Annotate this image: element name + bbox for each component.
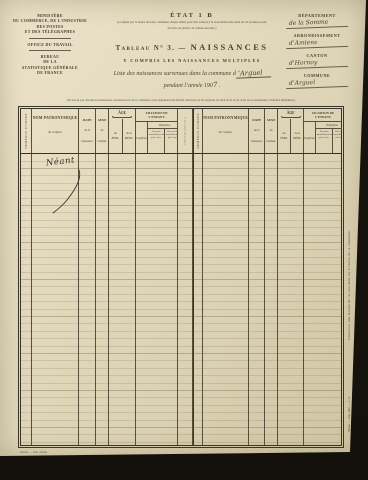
- col-sexe: SEXE de l'enfant.: [96, 109, 109, 153]
- body-col: [178, 154, 193, 445]
- filiation-subcolumns: Légitime. Illégitime. Reconnu immédiatem…: [136, 122, 177, 153]
- age-pere-line2: PÈRE.: [278, 137, 290, 140]
- office-line: OFFICE DU TRAVAIL: [12, 42, 88, 47]
- col-age-mere: de la MÈRE.: [123, 119, 136, 154]
- col-numeros-ordre-label: NUMÉROS D'ORDRE: [24, 113, 28, 149]
- col-age-pere: du PÈRE.: [278, 119, 291, 154]
- col-illegitime-label: Illégitime.: [148, 122, 178, 129]
- col-age-group: ÂGE du PÈRE. de la MÈRE.: [278, 109, 304, 153]
- table-body-left-half: [21, 154, 193, 445]
- col-non-reconnu: Non reconnu immédiatement par le père.: [333, 129, 342, 153]
- filing-note-line2: du mois de janvier de l'année suivante.): [89, 27, 295, 31]
- body-col: [96, 154, 109, 445]
- table-body: Néant: [21, 154, 341, 445]
- col-age-pere: du PÈRE.: [109, 119, 123, 154]
- col-numeros-ordre-label: NUMÉROS D'ORDRE: [196, 113, 200, 149]
- arrondissement-item: ARRONDISSEMENT d’Amiens: [286, 33, 348, 48]
- ministry-line: ET DES TÉLÉGRAPHES: [12, 29, 88, 34]
- col-filiation-label: FILIATION DE L'ENFANT.: [136, 109, 177, 122]
- period: .: [219, 83, 221, 89]
- col-date-naissance: DATE de la naissance: [249, 109, 265, 153]
- table-header-right-half: NUMÉROS D'ORDRE NOM PATRONYMIQUE de l'en…: [193, 109, 342, 153]
- col-non-reconnu: Non reconnu immédiatement par le père.: [165, 129, 178, 153]
- col-observations: OBSERVATIONS: [178, 109, 193, 153]
- age-subcolumns: du PÈRE. de la MÈRE.: [109, 119, 135, 154]
- divider: [29, 50, 71, 51]
- illegitime-subcolumns: Reconnu immédiatement par le père. Non r…: [316, 129, 342, 153]
- col-sexe-line3: l'enfant.: [266, 140, 276, 143]
- canton-value-handwritten: d’Hornoy: [286, 58, 348, 69]
- col-legitime: Légitime.: [304, 122, 316, 153]
- age-pere-line1: du: [278, 132, 290, 135]
- col-nom-patronymique: NOM PATRONYMIQUE de l'enfant.: [203, 109, 249, 153]
- body-col: [304, 154, 342, 445]
- masthead-right: DÉPARTEMENT de la Somme ARRONDISSEMENT d…: [286, 13, 348, 93]
- body-col: [109, 154, 136, 445]
- filiation-subcolumns: Légitime. Illégitime. Reconnu immédiatem…: [304, 122, 342, 153]
- col-filiation-group: FILIATION DE L'ENFANT. Légitime. Illégit…: [304, 109, 342, 153]
- col-filiation-label: FILIATION DE L'ENFANT.: [304, 109, 342, 122]
- year-handwritten: 7: [213, 81, 218, 89]
- title-main: NAISSANCES: [191, 42, 269, 52]
- arrondissement-value-handwritten: d’Amiens: [286, 38, 348, 49]
- body-col: [136, 154, 178, 445]
- masthead-left: MINISTÈRE DU COMMERCE, DE L'INDUSTRIE DE…: [12, 13, 88, 76]
- body-col: [79, 154, 96, 445]
- col-date-line2: de la: [254, 129, 260, 132]
- body-col: [21, 154, 32, 445]
- body-col: [265, 154, 278, 445]
- edge-printer-imprint: Melun. — Imp. adm. — 1-11.: [347, 352, 351, 432]
- col-nom-line2: de l'enfant.: [219, 130, 233, 134]
- col-sexe-line2: de: [101, 129, 104, 132]
- commune-handwritten: ’Arguel: [236, 68, 271, 78]
- col-filiation-group: FILIATION DE L'ENFANT. Légitime. Illégit…: [136, 109, 178, 153]
- masthead-center: ÉTAT 1 B (à remplir par le maire de tout…: [89, 12, 295, 89]
- pendant-printed: pendant l’année 190: [164, 83, 213, 89]
- edge-archive-note: Conserver une minute de cet état dans le…: [347, 150, 351, 340]
- col-illegitime-group: Illégitime. Reconnu immédiatement par le…: [148, 122, 178, 153]
- age-mere-line2: MÈRE.: [291, 137, 303, 140]
- col-legitime: Légitime.: [136, 122, 148, 153]
- age-subcolumns: du PÈRE. de la MÈRE.: [278, 119, 303, 154]
- col-age-label: ÂGE: [287, 109, 295, 115]
- col-illegitime-label: Illégitime.: [316, 122, 342, 129]
- births-table: NUMÉROS D'ORDRE NOM PATRONYMIQUE de l'en…: [18, 106, 344, 448]
- table-inner-border: NUMÉROS D'ORDRE NOM PATRONYMIQUE de l'en…: [20, 108, 342, 446]
- col-nom-patronymique: NOM PATRONYMIQUE de l'enfant.: [32, 109, 79, 153]
- liste-line: Liste des naissances survenues dans la c…: [89, 69, 295, 78]
- col-age-group: ÂGE du PÈRE. de la MÈRE.: [109, 109, 136, 153]
- col-numeros-ordre: NUMÉROS D'ORDRE: [194, 109, 203, 153]
- body-col: [32, 154, 79, 445]
- col-date-line3: naissance: [251, 140, 263, 143]
- etat-label: ÉTAT 1 B: [89, 12, 295, 19]
- col-nom-line1: NOM PATRONYMIQUE: [203, 116, 248, 120]
- table-header-left-half: NUMÉROS D'ORDRE NOM PATRONYMIQUE de l'en…: [21, 109, 193, 153]
- col-sexe-line2: de: [270, 129, 273, 132]
- page-subtitle: Y COMPRIS LES NAISSANCES MULTIPLES: [89, 58, 295, 63]
- col-sexe-line1: SEXE: [98, 119, 107, 122]
- col-sexe: SEXE de l'enfant.: [265, 109, 278, 153]
- liste-printed: Liste des naissances survenues dans la c…: [114, 71, 236, 77]
- scan-backdrop: MINISTÈRE DU COMMERCE, DE L'INDUSTRIE DE…: [0, 0, 368, 480]
- age-mere-line1: de la: [291, 132, 303, 135]
- bureau-line: DE FRANCE: [12, 70, 88, 75]
- body-col: [194, 154, 203, 445]
- commune-value-handwritten: d’Arguel: [286, 78, 348, 89]
- divider: [29, 38, 71, 39]
- age-mere-line2: MÈRE.: [123, 137, 136, 140]
- col-reconnu: Reconnu immédiatement par le père.: [316, 129, 333, 153]
- title-prefix: Tableau N° 3. —: [116, 45, 187, 52]
- commune-item: COMMUNE d’Arguel: [286, 73, 348, 88]
- pendant-line: pendant l’année 1907 .: [89, 81, 295, 89]
- col-date-naissance: DATE de la naissance: [79, 109, 96, 153]
- col-date-line1: DATE: [83, 119, 92, 122]
- departement-item: DÉPARTEMENT de la Somme: [286, 13, 348, 28]
- col-sexe-line1: SEXE: [267, 119, 276, 122]
- col-numeros-ordre: NUMÉROS D'ORDRE: [21, 109, 32, 153]
- col-nom-line1: NOM PATRONYMIQUE: [33, 116, 78, 120]
- col-reconnu: Reconnu immédiatement par le père.: [148, 129, 165, 153]
- col-nom-line2: de l'enfant.: [48, 130, 62, 134]
- table-body-right-half: [193, 154, 342, 445]
- col-observations-label: OBSERVATIONS: [183, 117, 187, 145]
- col-illegitime-group: Illégitime. Reconnu immédiatement par le…: [316, 122, 342, 153]
- table-note: (Ne seront pas relevées les naissances s…: [20, 99, 342, 103]
- col-date-line3: naissance: [81, 140, 93, 143]
- age-pere-line2: PÈRE.: [109, 137, 122, 140]
- col-age-label: ÂGE: [118, 109, 126, 115]
- table-header: NUMÉROS D'ORDRE NOM PATRONYMIQUE de l'en…: [21, 109, 341, 154]
- filing-note-line1: (à remplir par le maire de toute commune…: [89, 21, 295, 25]
- age-mere-line1: de la: [123, 132, 136, 135]
- col-date-line1: DATE: [252, 119, 261, 122]
- col-age-mere: de la MÈRE.: [291, 119, 303, 154]
- col-sexe-line3: l'enfant.: [97, 140, 107, 143]
- illegitime-subcolumns: Reconnu immédiatement par le père. Non r…: [148, 129, 178, 153]
- body-col: [203, 154, 249, 445]
- body-col: [249, 154, 265, 445]
- departement-value-handwritten: de la Somme: [286, 18, 348, 29]
- col-date-line2: de la: [84, 129, 90, 132]
- paper: MINISTÈRE DU COMMERCE, DE L'INDUSTRIE DE…: [0, 0, 366, 458]
- canton-item: CANTON d’Hornoy: [286, 53, 348, 68]
- age-pere-line1: du: [109, 132, 122, 135]
- body-col: [278, 154, 304, 445]
- bottom-printer-imprint: Melun. — Imp. admin.: [20, 450, 48, 454]
- page-title: Tableau N° 3. — NAISSANCES: [89, 37, 295, 55]
